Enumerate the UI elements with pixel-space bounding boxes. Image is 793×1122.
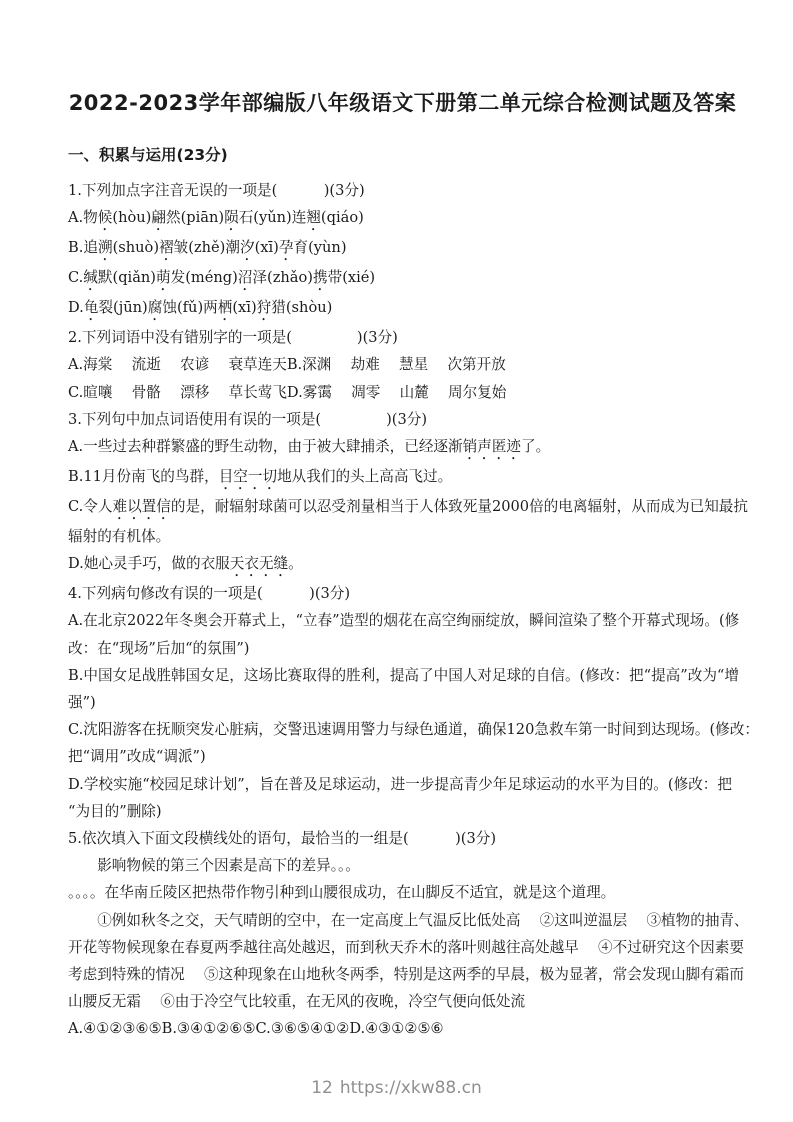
text-line: 3.下列句中加点词语使用有误的一项是( )(3分) — [68, 406, 737, 433]
text-line: 影响物候的第三个因素是高下的差异。。。 — [68, 852, 737, 879]
document-page: 2022-2023学年部编版八年级语文下册第二单元综合检测试题及答案 一、积累与… — [0, 0, 793, 1122]
emphasis-dotted-text: 腐 — [148, 299, 163, 316]
emphasis-dotted-text: 翘 — [306, 209, 321, 226]
text-line: 。。。。在华南丘陵区把热带作物引种到山腰很成功，在山脚反不适宜，就是这个道理。 — [68, 879, 737, 906]
text-line: 辐射的有机体。 — [68, 523, 737, 550]
emphasis-dotted-text: 缄 — [83, 269, 98, 286]
emphasis-dotted-text: 难以置信 — [112, 498, 170, 515]
text-line: ①例如秋冬之交，天气晴朗的空中，在一定高度上气温反比低处高 ②这叫逆温层 ③植物… — [68, 907, 737, 934]
text-line: 1.下列加点字注音无误的一项是( )(3分) — [68, 177, 737, 204]
text-line: “为目的”删除) — [68, 798, 737, 825]
text-line: 2.下列词语中没有错别字的一项是( )(3分) — [68, 324, 737, 351]
footer-link[interactable]: https://xkw88.cn — [340, 1078, 482, 1098]
text-line: 山腰反无霜 ⑥由于冷空气比较重，在无风的夜晚，冷空气便向低处流 — [68, 988, 737, 1015]
emphasis-dotted-text: 褶 — [159, 239, 174, 256]
text-line: C.沈阳游客在抚顺突发心脏病，交警迅速调用警力与绿色通道，确保120急救车第一时… — [68, 716, 737, 743]
emphasis-dotted-text: 汐 — [240, 239, 255, 256]
emphasis-dotted-text: 孕 — [279, 239, 294, 256]
text-line: 5.依次填入下面文段横线处的语句，最恰当的一组是( )(3分) — [68, 825, 737, 852]
section-heading: 一、积累与运用(23分) — [68, 142, 737, 169]
emphasis-dotted-text: 萌 — [156, 269, 171, 286]
text-line: A.海棠 流逝 农谚 衰草连天B.深渊 劫难 慧星 次第开放 — [68, 351, 737, 378]
emphasis-dotted-text: 目空一切 — [219, 468, 277, 485]
emphasis-dotted-text: 候 — [98, 209, 113, 226]
text-line: 强”) — [68, 689, 737, 716]
emphasis-dotted-text: 溯 — [98, 239, 113, 256]
text-line: A.物候(hòu)翩然(piān)陨石(yǔn)连翘(qiáo) — [68, 204, 737, 234]
emphasis-dotted-text: 翩 — [151, 209, 166, 226]
document-body: 1.下列加点字注音无误的一项是( )(3分)A.物候(hòu)翩然(piān)陨… — [68, 177, 737, 1043]
text-line: C.缄默(qiǎn)萌发(méng)沼泽(zhǎo)携带(xié) — [68, 264, 737, 294]
emphasis-dotted-text: 狩 — [257, 299, 272, 316]
page-number: 12 — [311, 1078, 333, 1098]
text-line: A.④①②③⑥⑤B.③④①②⑥⑤C.③⑥⑤④①②D.④③①②⑤⑥ — [68, 1015, 737, 1042]
page-title: 2022-2023学年部编版八年级语文下册第二单元综合检测试题及答案 — [68, 88, 737, 118]
emphasis-dotted-text: 销声匿迹 — [463, 438, 521, 455]
text-line: C.暄嚷 骨骼 漂移 草长莺飞D.雾霭 凋零 山麓 周尔复始 — [68, 379, 737, 406]
text-line: B.中国女足战胜韩国女足，这场比赛取得的胜利，提高了中国人对足球的自信。(修改：… — [68, 662, 737, 689]
page-footer: 12https://xkw88.cn — [0, 1078, 793, 1098]
emphasis-dotted-text: 天衣无缝 — [230, 555, 288, 572]
text-line: 考虑到特殊的情况 ⑤这种现象在山地秋冬两季，特别是这两季的早晨，极为显著，常会发… — [68, 961, 737, 988]
text-line: D.学校实施“校园足球计划”，旨在普及足球运动，进一步提高青少年足球运动的水平为… — [68, 771, 737, 798]
text-line: C.令人难以置信的是，耐辐射球菌可以忍受剂量相当于人体致死量2000倍的电离辐射… — [68, 493, 737, 523]
emphasis-dotted-text: 龟 — [84, 299, 99, 316]
text-line: A.一些过去种群繁盛的野生动物，由于被大肆捕杀，已经逐渐销声匿迹了。 — [68, 433, 737, 463]
text-line: B.追溯(shuò)褶皱(zhě)潮汐(xī)孕育(yùn) — [68, 234, 737, 264]
text-line: A.在北京2022年冬奥会开幕式上，“立春”造型的烟花在高空绚丽绽放，瞬间渲染了… — [68, 607, 737, 634]
text-line: B.11月份南飞的鸟群，目空一切地从我们的头上高高飞过。 — [68, 463, 737, 493]
emphasis-dotted-text: 陨 — [224, 209, 239, 226]
emphasis-dotted-text: 沼 — [238, 269, 253, 286]
text-line: 开花等物候现象在春夏两季越往高处越迟，而到秋天乔木的落叶则越往高处越早 ④不过研… — [68, 934, 737, 961]
text-line: D.龟裂(jūn)腐蚀(fǔ)两栖(xī)狩猎(shòu) — [68, 294, 737, 324]
text-line: 改：在“现场”后加“的氛围”) — [68, 635, 737, 662]
emphasis-dotted-text: 栖 — [218, 299, 233, 316]
text-line: 把“调用”改成“调派”) — [68, 743, 737, 770]
text-line: D.她心灵手巧，做的衣服天衣无缝。 — [68, 550, 737, 580]
text-line: 4.下列病句修改有误的一项是( )(3分) — [68, 580, 737, 607]
emphasis-dotted-text: 携 — [313, 269, 328, 286]
